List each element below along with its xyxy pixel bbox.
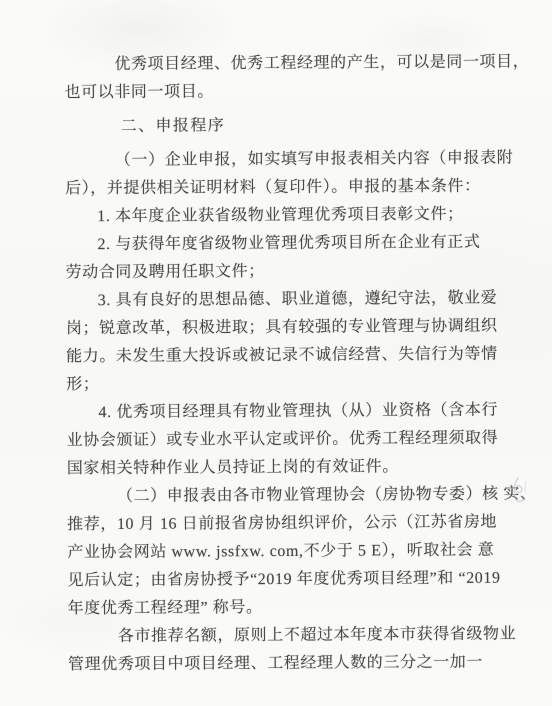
- doc-line: 3. 具有良好的思想品德、职业道德，遵纪守法，敬业爱: [66, 284, 528, 315]
- doc-line: 形；: [66, 368, 528, 399]
- doc-line: 推荐，10 月 16 日前报省房协组织评价，公示（江苏省房地: [67, 508, 529, 539]
- doc-line: 产业协会网站 www. jssfxw. com,不少于 5 E），听取社会 意: [67, 536, 529, 567]
- doc-line: 优秀项目经理、优秀工程经理的产生，可以是同一项目，: [64, 48, 526, 79]
- doc-line: 4. 优秀项目经理具有物业管理执（从）业资格（含本行: [66, 396, 528, 427]
- document-body: 优秀项目经理、优秀工程经理的产生，可以是同一项目， 也可以非同一项目。 二、申报…: [0, 0, 552, 680]
- doc-line: 劳动合同及聘用任职文件；: [66, 256, 528, 287]
- doc-line: 后），并提供相关证明材料（复印件）。申报的基本条件：: [65, 172, 527, 203]
- doc-line: 1. 本年度企业获省级物业管理优秀项目表彰文件；: [65, 200, 527, 231]
- doc-line: 各市推荐名额，原则上不超过本年度本市获得省级物业: [68, 620, 530, 651]
- doc-line: 业协会颁证）或专业水平认定或评价。优秀工程经理须取得: [67, 424, 529, 455]
- doc-line: 见后认定；由省房协授予“2019 年度优秀项目经理”和 “2019: [67, 564, 529, 595]
- doc-line: （二）申报表由各市物业管理协会（房协物专委）核 实、: [67, 480, 529, 511]
- doc-line: 国家相关特种作业人员持证上岗的有效证件。: [67, 452, 529, 483]
- doc-line: 岗；锐意改革，积极进取；具有较强的专业管理与协调组织: [66, 312, 528, 343]
- document-page: 优秀项目经理、优秀工程经理的产生，可以是同一项目， 也可以非同一项目。 二、申报…: [0, 0, 552, 706]
- doc-line: 管理优秀项目中项目经理、工程经理人数的三分之一加一: [68, 648, 530, 679]
- handwritten-mark-icon: [504, 472, 538, 512]
- doc-line: 也可以非同一项目。: [64, 76, 526, 107]
- doc-line: 2. 与获得年度省级物业管理优秀项目所在企业有正式: [65, 228, 527, 259]
- doc-line: （一）企业申报，如实填写申报表相关内容（申报表附: [65, 144, 527, 175]
- doc-line: 能力。未发生重大投诉或被记录不诚信经营、失信行为等情: [66, 340, 528, 371]
- doc-line: 年度优秀工程经理” 称号。: [68, 592, 530, 623]
- section-heading: 二、申报程序: [65, 110, 527, 141]
